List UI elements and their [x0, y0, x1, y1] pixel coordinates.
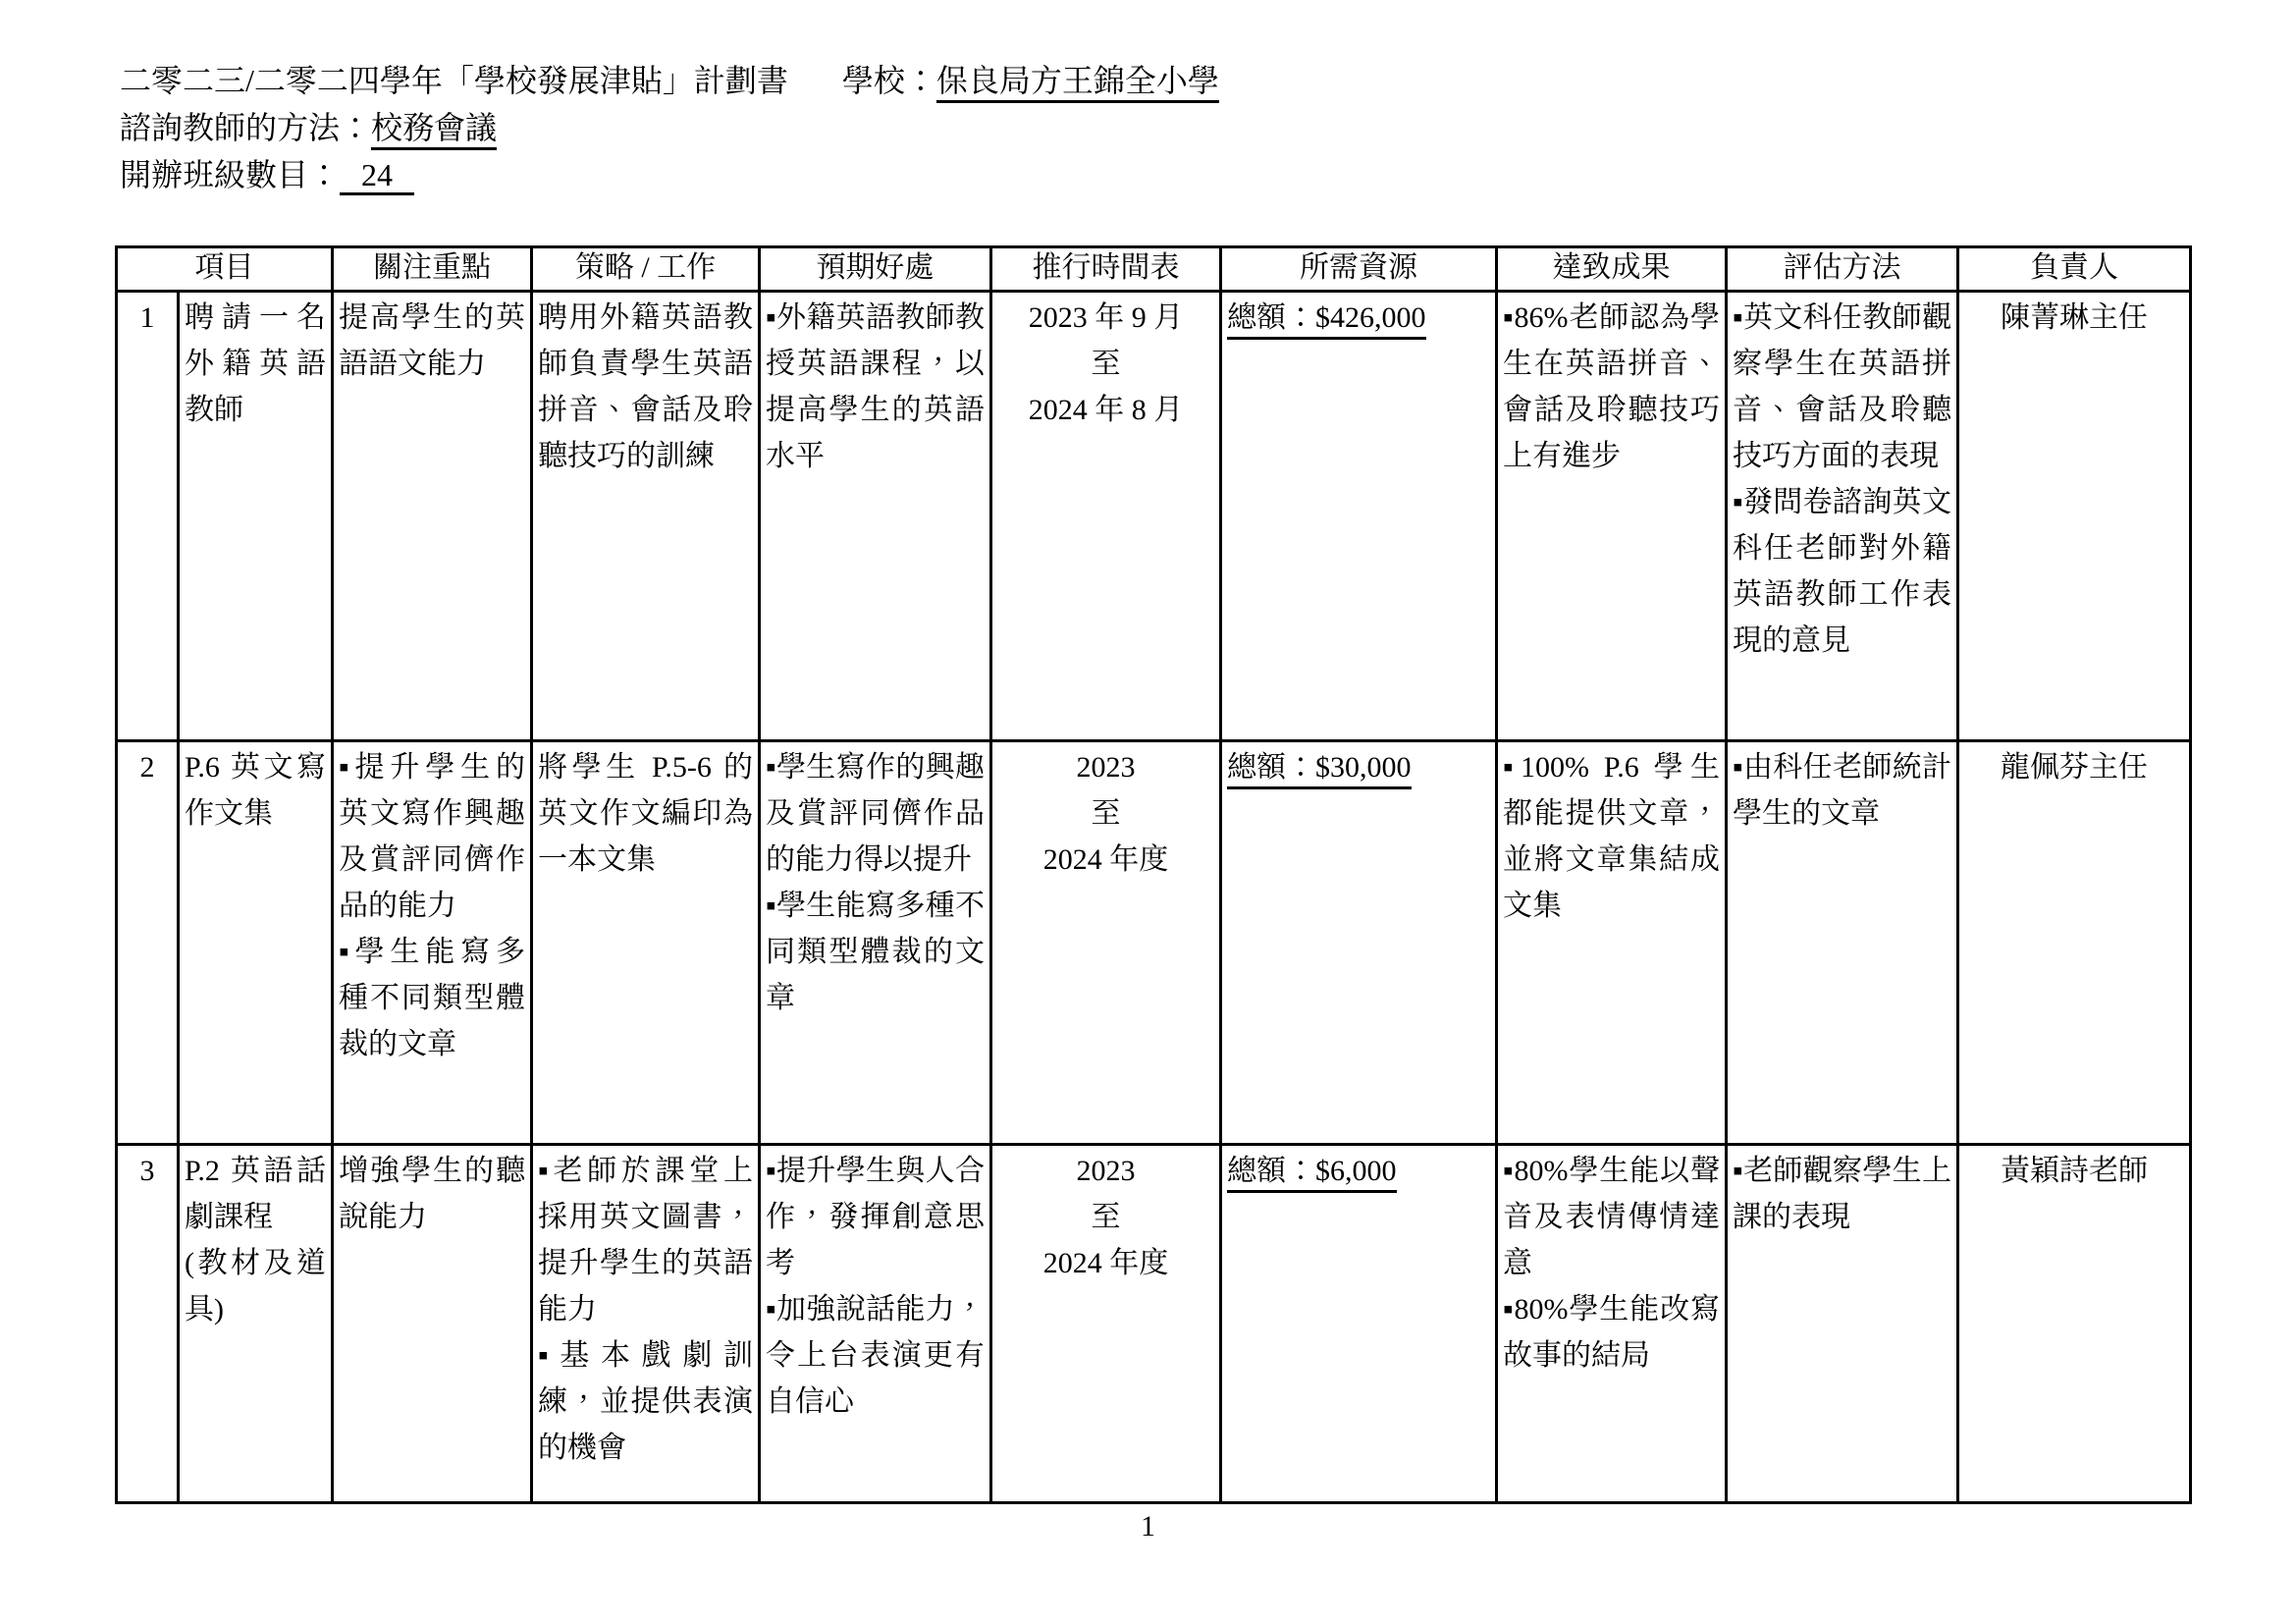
cell-item: P.6 英文寫作文集	[185, 744, 326, 837]
cell-evaluation: ▪老師觀察學生上課的表現	[1733, 1148, 1951, 1240]
plan-table-head: 項目 關注重點 策略 / 工作 預期好處 推行時間表 所需資源 達致成果 評估方…	[117, 247, 2191, 292]
col-header-resources: 所需資源	[1221, 247, 1497, 292]
page-number: 1	[0, 1510, 2296, 1543]
cell-person: 龍佩芬主任	[1964, 744, 2184, 790]
header-line-title: 二零二三/二零二四學年「學校發展津貼」計劃書學校：保良局方王錦全小學	[120, 57, 1219, 104]
plan-table: 項目 關注重點 策略 / 工作 預期好處 推行時間表 所需資源 達致成果 評估方…	[115, 245, 2192, 1504]
col-header-timeline: 推行時間表	[991, 247, 1221, 292]
table-row: 3 P.2 英語話劇課程 (教材及道具) 增強學生的聽說能力 ▪老師於課堂上採用…	[117, 1145, 2191, 1503]
cell-timeline: 2023 至 2024 年度	[997, 1148, 1214, 1286]
cell-focus: 提高學生的英語語文能力	[339, 295, 525, 387]
table-row: 2 P.6 英文寫作文集 ▪提升學生的英文寫作興趣及賞評同儕作品的能力 ▪學生能…	[117, 741, 2191, 1145]
col-header-focus: 關注重點	[333, 247, 532, 292]
cell-outcome: ▪86%老師認為學生在英語拼音、會話及聆聽技巧上有進步	[1503, 295, 1720, 479]
plan-title: 二零二三/二零二四學年「學校發展津貼」計劃書	[120, 63, 788, 98]
class-count-label: 開辦班級數目：	[120, 157, 340, 192]
cell-row-number: 3	[117, 1145, 179, 1503]
cell-resources: 總額：$6,000	[1227, 1155, 1397, 1193]
header-line-classes: 開辦班級數目：24	[120, 151, 1219, 198]
cell-resources: 總額：$30,000	[1227, 751, 1412, 789]
col-header-benefit: 預期好處	[760, 247, 991, 292]
cell-row-number: 2	[117, 741, 179, 1145]
cell-person: 黃穎詩老師	[1964, 1148, 2184, 1194]
cell-timeline: 2023 至 2024 年度	[997, 744, 1214, 883]
document-page: 二零二三/二零二四學年「學校發展津貼」計劃書學校：保良局方王錦全小學 諮詢教師的…	[0, 0, 2296, 1624]
cell-benefit: ▪學生寫作的興趣及賞評同儕作品的能力得以提升 ▪學生能寫多種不同類型體裁的文章	[766, 744, 985, 1021]
school-name: 保良局方王錦全小學	[936, 63, 1219, 103]
cell-focus: 增強學生的聽說能力	[339, 1148, 525, 1240]
cell-row-number: 1	[117, 292, 179, 741]
cell-item: P.2 英語話劇課程 (教材及道具)	[185, 1148, 326, 1332]
header-row: 項目 關注重點 策略 / 工作 預期好處 推行時間表 所需資源 達致成果 評估方…	[117, 247, 2191, 292]
consult-method-label: 諮詢教師的方法：	[120, 110, 371, 145]
cell-resources: 總額：$426,000	[1227, 301, 1426, 340]
cell-timeline: 2023 年 9 月 至 2024 年 8 月	[997, 295, 1214, 433]
col-header-evaluation: 評估方法	[1727, 247, 1958, 292]
school-label: 學校：	[842, 63, 936, 98]
cell-benefit: ▪外籍英語教師教授英語課程，以提高學生的英語水平	[766, 295, 985, 479]
cell-outcome: ▪80%學生能以聲音及表情傳情達意 ▪80%學生能改寫故事的結局	[1503, 1148, 1720, 1379]
cell-evaluation: ▪由科任老師統計學生的文章	[1733, 744, 1951, 837]
cell-evaluation: ▪英文科任教師觀察學生在英語拼音、會話及聆聽技巧方面的表現 ▪發問卷諮詢英文科任…	[1733, 295, 1951, 664]
col-header-strategy: 策略 / 工作	[532, 247, 760, 292]
cell-focus: ▪提升學生的英文寫作興趣及賞評同儕作品的能力 ▪學生能寫多種不同類型體裁的文章	[339, 744, 525, 1067]
col-header-outcome: 達致成果	[1497, 247, 1727, 292]
cell-strategy: ▪老師於課堂上採用英文圖書，提升學生的英語能力 ▪基本戲劇訓練，並提供表演的機會	[538, 1148, 753, 1471]
table-row: 1 聘請一名外籍英語教師 提高學生的英語語文能力 聘用外籍英語教師負責學生英語拼…	[117, 292, 2191, 741]
document-header: 二零二三/二零二四學年「學校發展津貼」計劃書學校：保良局方王錦全小學 諮詢教師的…	[120, 57, 1219, 198]
cell-strategy: 聘用外籍英語教師負責學生英語拼音、會話及聆聽技巧的訓練	[538, 295, 753, 479]
cell-item: 聘請一名外籍英語教師	[185, 295, 326, 433]
cell-strategy: 將學生 P.5-6 的英文作文編印為一本文集	[538, 744, 753, 883]
cell-benefit: ▪提升學生與人合作，發揮創意思考 ▪加強說話能力，令上台表演更有自信心	[766, 1148, 985, 1425]
cell-outcome: ▪100% P.6 學生都能提供文章，並將文章集結成文集	[1503, 744, 1720, 929]
col-header-item: 項目	[117, 247, 333, 292]
plan-table-body: 1 聘請一名外籍英語教師 提高學生的英語語文能力 聘用外籍英語教師負責學生英語拼…	[117, 292, 2191, 1503]
consult-method-value: 校務會議	[371, 110, 497, 150]
header-line-consult: 諮詢教師的方法：校務會議	[120, 104, 1219, 151]
col-header-person: 負責人	[1958, 247, 2191, 292]
class-count-value: 24	[340, 157, 414, 195]
cell-person: 陳菁琳主任	[1964, 295, 2184, 341]
